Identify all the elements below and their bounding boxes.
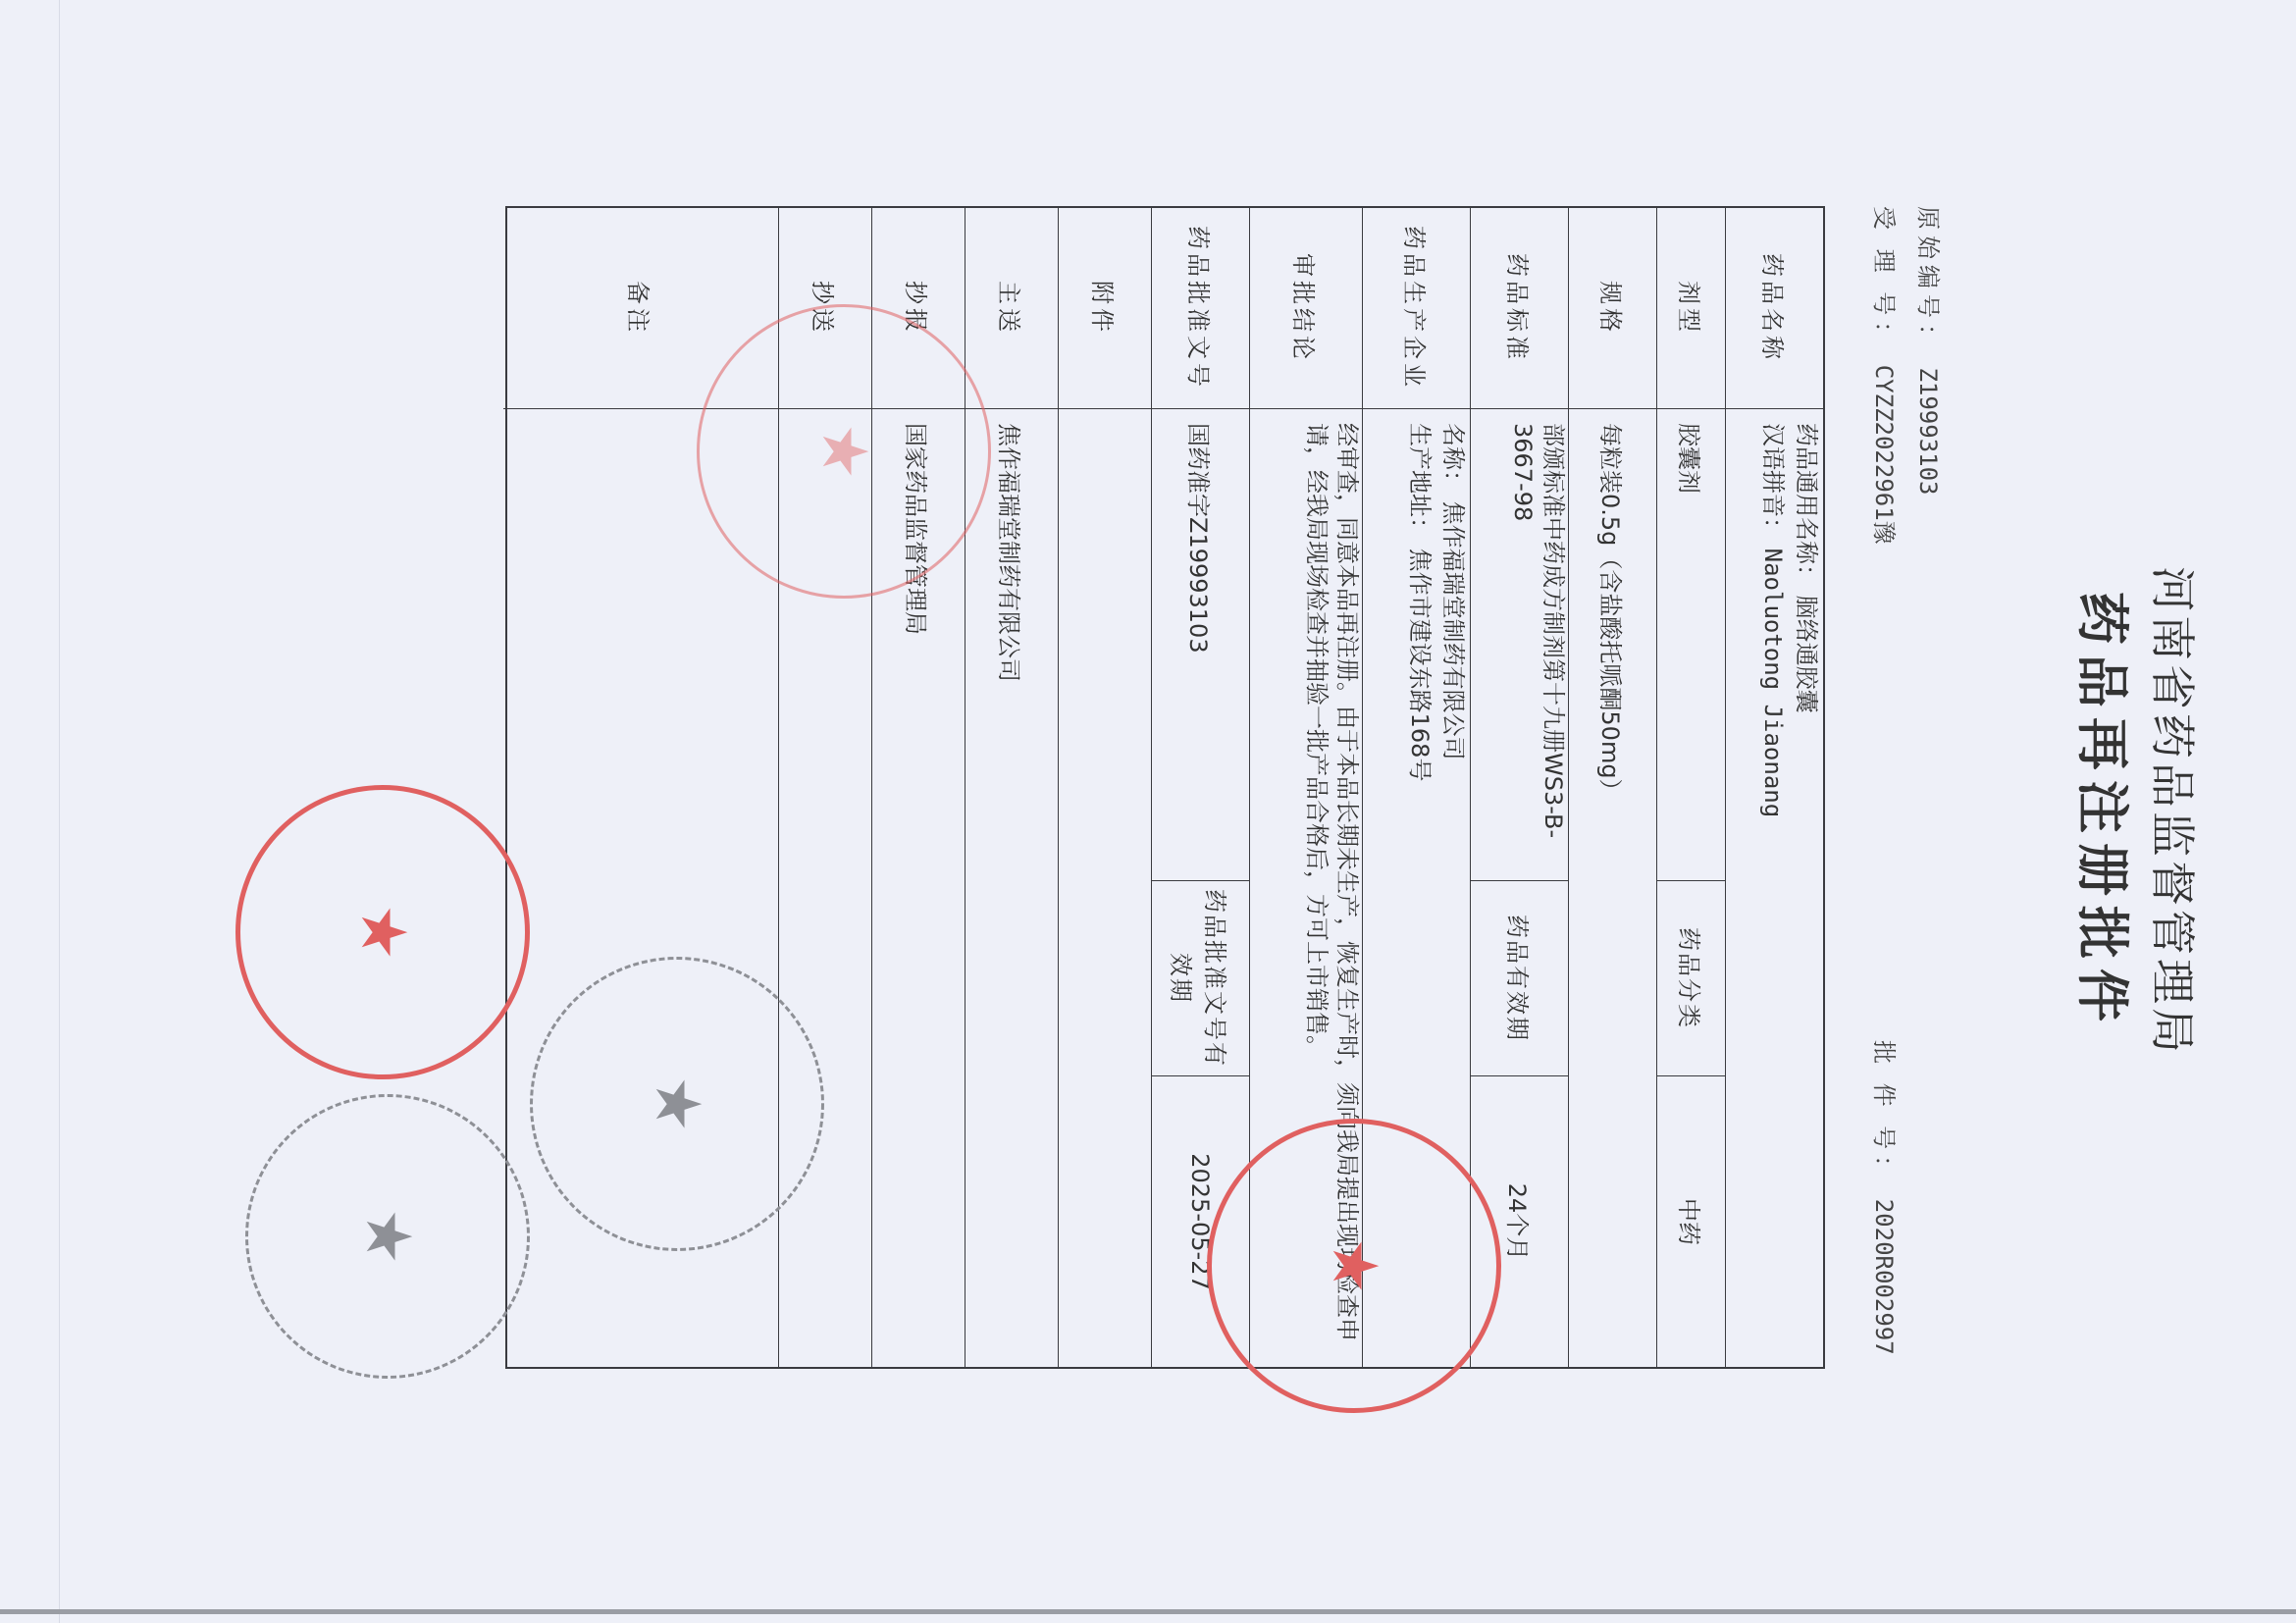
value-specification: 每粒装0.5g（含盐酸托哌酮50mg） — [1569, 409, 1656, 1367]
manufacturer-name: 焦作福瑞堂制药有限公司 — [1439, 501, 1467, 760]
row-drug-standard: 药品标准 部颁标准中药成方制剂第十九册WS3-B-3667-98 药品有效期 2… — [1470, 208, 1568, 1367]
label-main-recipient: 主送 — [965, 208, 1058, 409]
label-dosage-form: 剂型 — [1657, 208, 1725, 409]
row-conclusion: 审批结论 经审查，同意本品再注册。由于本品长期未生产，恢复生产时，须向我局提出现… — [1249, 208, 1362, 1367]
label-attachment: 附件 — [1059, 208, 1151, 409]
value-conclusion: 经审查，同意本品再注册。由于本品长期未生产，恢复生产时，须向我局提出现场检查申请… — [1250, 409, 1362, 1367]
label-manufacturer: 药品生产企业 — [1363, 208, 1470, 409]
row-copy-to: 抄送 — [778, 208, 871, 1367]
row-approval-number: 药品批准文号 国药准字Z19993103 药品批准文号有效期 2025-05-2… — [1151, 208, 1249, 1367]
row-specification: 规格 每粒装0.5g（含盐酸托哌酮50mg） — [1568, 208, 1656, 1367]
value-copy-to — [779, 409, 871, 1367]
value-shelf-life: 24个月 — [1471, 1076, 1568, 1367]
value-main-recipient: 焦作福瑞堂制药有限公司 — [965, 409, 1058, 1367]
original-number-label: 原始编号： — [1914, 206, 1942, 353]
value-drug-standard: 部颁标准中药成方制剂第十九册WS3-B-3667-98 — [1471, 409, 1568, 880]
label-specification: 规格 — [1569, 208, 1656, 409]
document-title: 药品再注册批件 — [2068, 0, 2144, 1623]
label-report-to: 抄报 — [872, 208, 965, 409]
value-drug-category: 中药 — [1657, 1076, 1725, 1367]
original-number-value: Z19993103 — [1914, 367, 1942, 495]
pinyin-name: Naoluotong Jiaonang — [1759, 549, 1787, 818]
value-manufacturer: 名称： 焦作福瑞堂制药有限公司 生产地址： 焦作市建设东路168号 — [1363, 409, 1470, 1367]
label-drug-standard: 药品标准 — [1471, 208, 1568, 409]
approval-number-value: 2020R002997 — [1870, 1199, 1898, 1355]
stamp-star-icon: ★ — [351, 904, 414, 960]
row-drug-name: 药品名称 药品通用名称： 脑络通胶囊 汉语拼音： Naoluotong Jiao… — [1725, 208, 1823, 1367]
registration-table: 药品名称 药品通用名称： 脑络通胶囊 汉语拼音： Naoluotong Jiao… — [505, 206, 1825, 1369]
stamp-star-icon: ★ — [356, 1208, 419, 1264]
approval-number-label: 批 件 号： — [1870, 1040, 1898, 1184]
value-approval-number: 国药准字Z19993103 — [1152, 409, 1249, 880]
production-address-label: 生产地址： — [1406, 423, 1434, 541]
row-main-recipient: 主送 焦作福瑞堂制药有限公司 — [965, 208, 1058, 1367]
row-report-to: 抄报 国家药品监督管理局 — [871, 208, 965, 1367]
generic-name: 脑络通胶囊 — [1793, 596, 1820, 713]
label-copy-to: 抄送 — [779, 208, 871, 409]
label-drug-name: 药品名称 — [1726, 208, 1823, 409]
value-dosage-form: 胶囊剂 — [1657, 409, 1725, 880]
value-remarks — [503, 409, 778, 1367]
production-address: 焦作市建设东路168号 — [1406, 549, 1434, 782]
label-approval-number: 药品批准文号 — [1152, 208, 1249, 409]
label-approval-validity: 药品批准文号有效期 — [1152, 880, 1249, 1076]
row-manufacturer: 药品生产企业 名称： 焦作福瑞堂制药有限公司 生产地址： 焦作市建设东路168号 — [1362, 208, 1470, 1367]
label-remarks: 备注 — [503, 208, 778, 409]
stamp-henan-dated: ★ — [245, 1094, 530, 1379]
value-approval-validity: 2025-05-27 — [1152, 1076, 1249, 1367]
document-page: 河南省药品监督管理局 药品再注册批件 原始编号： Z19993103 受 理 号… — [0, 0, 2296, 1623]
original-number: 原始编号： Z19993103 — [1913, 206, 1948, 496]
row-dosage-form: 剂型 胶囊剂 药品分类 中药 — [1656, 208, 1725, 1367]
label-conclusion: 审批结论 — [1250, 208, 1362, 409]
value-attachment — [1059, 409, 1151, 1367]
label-shelf-life: 药品有效期 — [1471, 880, 1568, 1076]
value-drug-name: 药品通用名称： 脑络通胶囊 汉语拼音： Naoluotong Jiaonang — [1726, 409, 1823, 1367]
acceptance-number: 受 理 号： CYZZ2022961豫 — [1869, 206, 1904, 545]
manufacturer-name-label: 名称： — [1439, 423, 1467, 494]
label-drug-category: 药品分类 — [1657, 880, 1725, 1076]
generic-name-label: 药品通用名称： — [1793, 423, 1820, 588]
pinyin-label: 汉语拼音： — [1759, 423, 1787, 541]
stamp-heilongjiang-red: ★ — [235, 785, 530, 1079]
row-attachment: 附件 — [1058, 208, 1151, 1367]
issuing-organization: 河南省药品监督管理局 — [2143, 0, 2208, 1623]
row-remarks: 备注 — [503, 208, 778, 1367]
approval-document-number: 批 件 号： 2020R002997 — [1869, 1040, 1904, 1355]
value-report-to: 国家药品监督管理局 — [872, 409, 965, 1367]
acceptance-number-label: 受 理 号： — [1870, 206, 1898, 350]
acceptance-number-value: CYZZ2022961豫 — [1870, 365, 1898, 545]
